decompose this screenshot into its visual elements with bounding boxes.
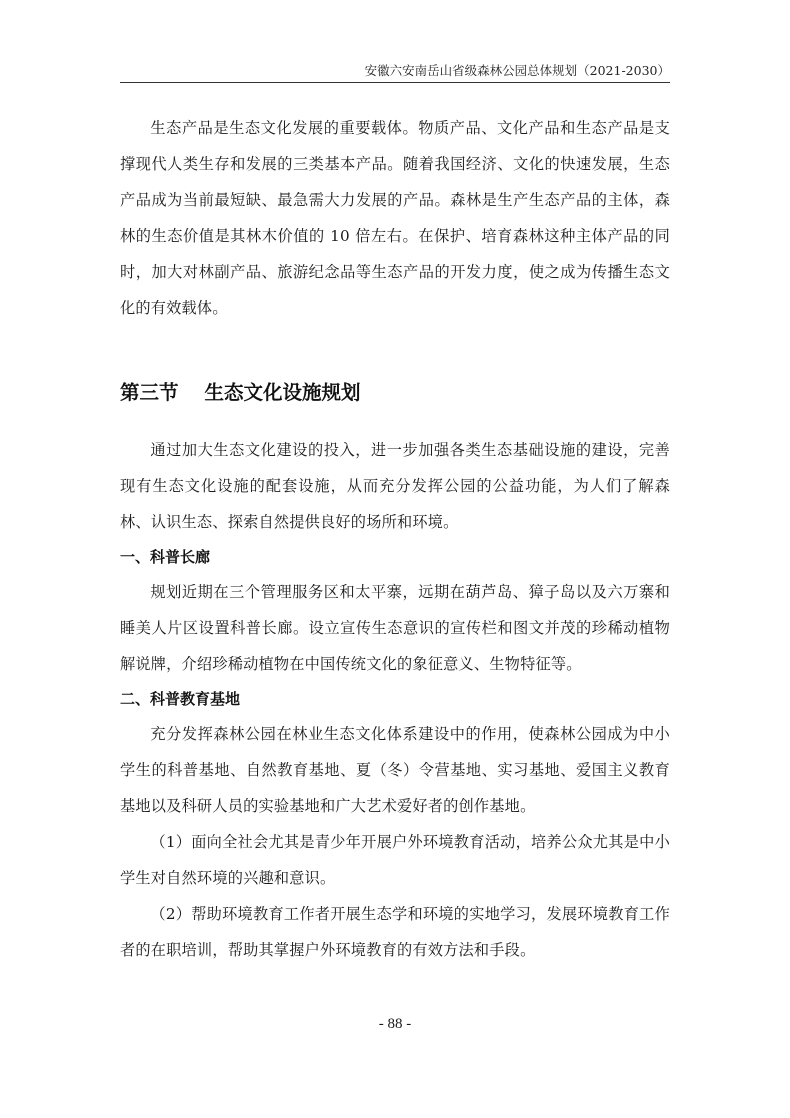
education-base-paragraph: 充分发挥森林公园在林业生态文化体系建设中的作用，使森林公园成为中小学生的科普基地… bbox=[120, 716, 670, 824]
page-content: 生态产品是生态文化发展的重要载体。物质产品、文化产品和生态产品是支撑现代人类生存… bbox=[120, 110, 670, 968]
spacer bbox=[120, 408, 670, 432]
spacer bbox=[120, 326, 670, 378]
running-header: 安徽六安南岳山省级森林公园总体规划（2021-2030） bbox=[120, 62, 670, 83]
section-intro-paragraph: 通过加大生态文化建设的投入，进一步加强各类生态基础设施的建设，完善现有生态文化设… bbox=[120, 432, 670, 540]
education-base-item-2: （2）帮助环境教育工作者开展生态学和环境的实地学习，发展环境教育工作者的在职培训… bbox=[120, 896, 670, 968]
intro-paragraph: 生态产品是生态文化发展的重要载体。物质产品、文化产品和生态产品是支撑现代人类生存… bbox=[120, 110, 670, 326]
page-number: - 88 - bbox=[0, 1016, 790, 1033]
subsection-heading-education-base: 二、科普教育基地 bbox=[120, 682, 670, 716]
section-title: 生态文化设施规划 bbox=[205, 381, 361, 404]
document-title: 安徽六安南岳山省级森林公园总体规划（2021-2030） bbox=[365, 63, 670, 78]
science-corridor-paragraph: 规划近期在三个管理服务区和太平寨，远期在葫芦岛、獐子岛以及六万寨和睡美人片区设置… bbox=[120, 574, 670, 682]
section-number: 第三节 bbox=[120, 381, 179, 404]
section-heading: 第三节生态文化设施规划 bbox=[120, 378, 670, 408]
subsection-heading-science-corridor: 一、科普长廊 bbox=[120, 540, 670, 574]
education-base-item-1: （1）面向全社会尤其是青少年开展户外环境教育活动，培养公众尤其是中小学生对自然环… bbox=[120, 824, 670, 896]
